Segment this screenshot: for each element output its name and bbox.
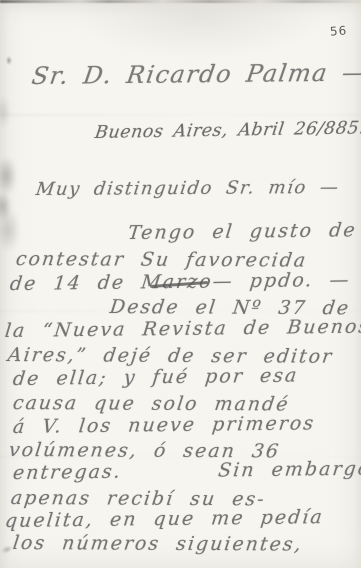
letter-line: á V. los nueve primeros — [12, 411, 317, 439]
paper-stain-left-upper — [0, 84, 16, 140]
scan-edge-artifact — [0, 0, 361, 3]
date-line: Buenos Aires, Abril 26/885. — [94, 118, 361, 143]
letter-line: entregas. Sin embargo, — [12, 457, 361, 485]
letter-page: 56 Sr. D. Ricardo Palma — Buenos Aires, … — [0, 0, 361, 568]
letter-line: la “Nueva Revista de Buenos — [4, 315, 361, 343]
letter-line: los números siguientes, — [11, 531, 304, 557]
letter-line: quelita, en que me pedía — [4, 505, 325, 533]
recipient-line: Sr. D. Ricardo Palma — — [30, 58, 361, 90]
paper-crease — [0, 114, 361, 116]
paper-speck-top-left — [6, 56, 12, 65]
paper-stain-left-edge — [0, 140, 26, 260]
letter-line: Tengo el gusto de — [127, 218, 358, 245]
letter-line: de ella; y fué por esa — [12, 364, 300, 391]
salutation-line: Muy distinguido Sr. mío — — [35, 177, 341, 200]
page-number: 56 — [330, 23, 348, 38]
